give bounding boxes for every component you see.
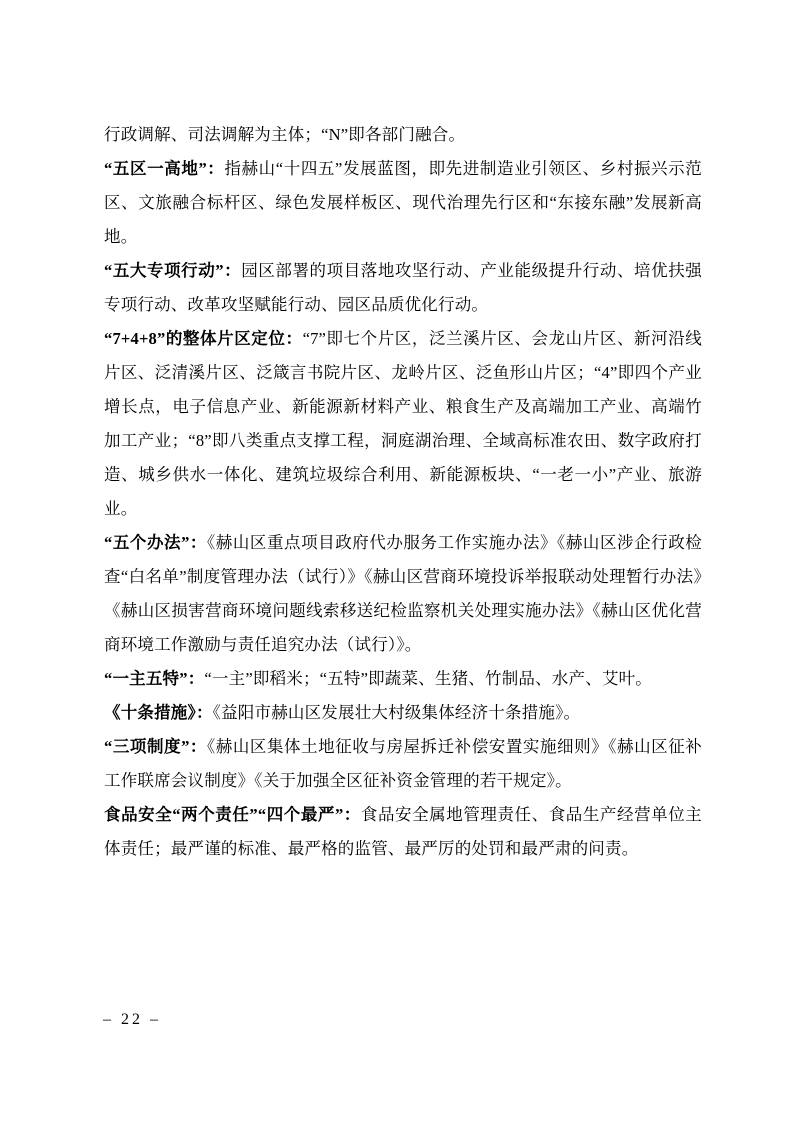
paragraph-748-district-positioning: “7+4+8”的整体片区定位：“7”即七个片区，泛兰溪片区、会龙山片区、新河沿线… (104, 322, 702, 526)
paragraph-three-systems: “三项制度”：《赫山区集体土地征收与房屋拆迁补偿安置实施细则》《赫山区征补工作联… (104, 730, 702, 798)
paragraph-text: “一主”即稻米；“五特”即蔬菜、生猪、竹制品、水产、艾叶。 (204, 669, 652, 688)
paragraph-five-measures: “五个办法”：《赫山区重点项目政府代办服务工作实施办法》《赫山区涉企行政检查“白… (104, 526, 702, 662)
term-label: “五个办法”： (104, 533, 207, 552)
term-label: 食品安全“两个责任”“四个最严”： (104, 805, 361, 824)
paragraph-continuation: 行政调解、司法调解为主体；“N”即各部门融合。 (104, 118, 702, 152)
term-label: “一主五特”： (104, 669, 204, 688)
term-label: “五大专项行动”： (104, 261, 241, 280)
paragraph-text: 《益阳市赫山区发展壮大村级集体经济十条措施》。 (213, 703, 581, 722)
paragraph-one-main-five-special: “一主五特”：“一主”即稻米；“五特”即蔬菜、生猪、竹制品、水产、艾叶。 (104, 662, 702, 696)
term-label: “五区一高地”： (104, 159, 224, 178)
page-number: – 22 – (103, 1011, 161, 1029)
paragraph-text: 行政调解、司法调解为主体；“N”即各部门融合。 (104, 125, 465, 144)
paragraph-ten-measures: 《十条措施》：《益阳市赫山区发展壮大村级集体经济十条措施》。 (104, 696, 702, 730)
term-label: 《十条措施》： (104, 703, 213, 722)
document-page: 行政调解、司法调解为主体；“N”即各部门融合。 “五区一高地”：指赫山“十四五”… (0, 0, 793, 1122)
page-content: 行政调解、司法调解为主体；“N”即各部门融合。 “五区一高地”：指赫山“十四五”… (104, 118, 702, 866)
term-label: “三项制度”： (104, 737, 207, 756)
paragraph-text: “7”即七个片区，泛兰溪片区、会龙山片区、新河沿线片区、泛清溪片区、泛箴言书院片… (104, 329, 702, 518)
paragraph-five-zones-one-highland: “五区一高地”：指赫山“十四五”发展蓝图，即先进制造业引领区、乡村振兴示范区、文… (104, 152, 702, 254)
paragraph-food-safety-responsibilities: 食品安全“两个责任”“四个最严”：食品安全属地管理责任、食品生产经营单位主体责任… (104, 798, 702, 866)
paragraph-five-special-actions: “五大专项行动”：园区部署的项目落地攻坚行动、产业能级提升行动、培优扶强专项行动… (104, 254, 702, 322)
term-label: “7+4+8”的整体片区定位： (104, 329, 303, 348)
